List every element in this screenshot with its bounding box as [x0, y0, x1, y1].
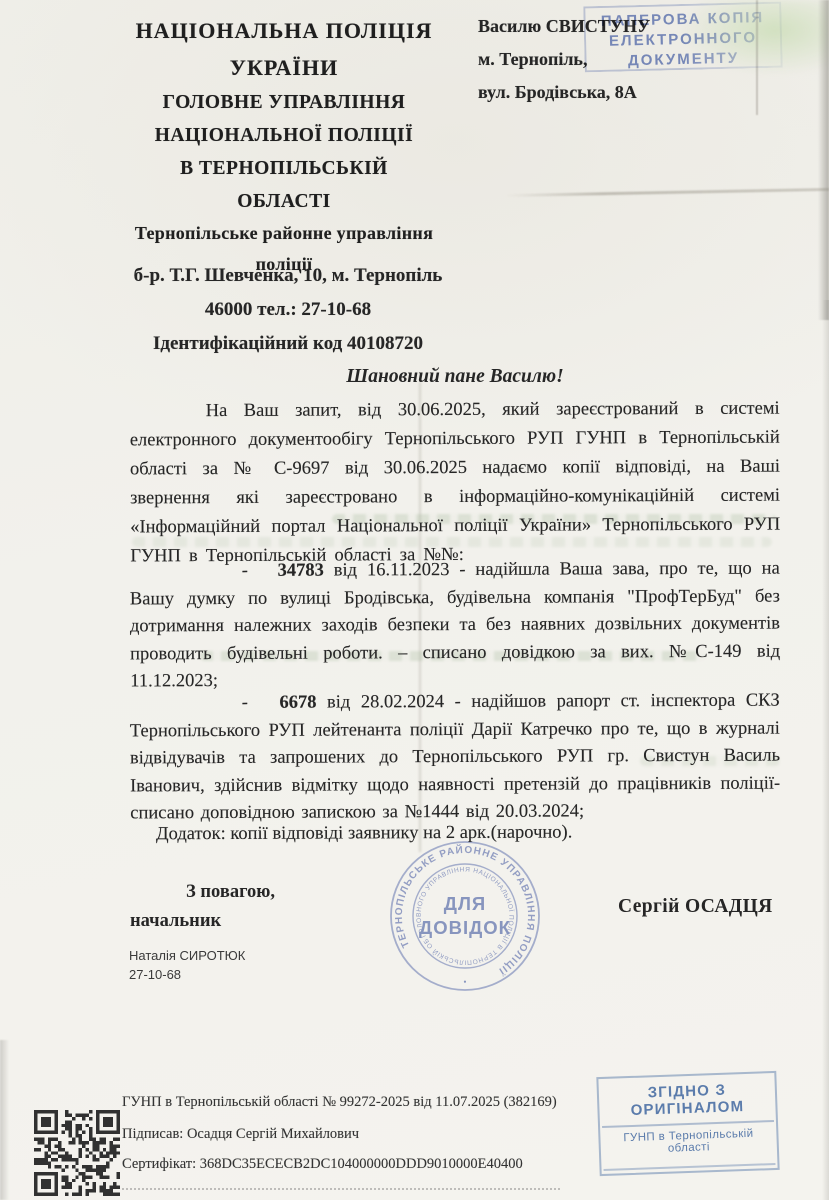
closing-phrase: З повагою, — [186, 882, 275, 903]
certified-stamp-title: ЗГІДНО З ОРИГІНАЛОМ — [598, 1073, 776, 1126]
contact-block: б-р. Т.Г. Шевченка, 10, м. Тернопіль 460… — [118, 259, 458, 361]
scan-edge-shadow-left — [0, 1040, 9, 1200]
seal-bottom-dot: • — [463, 977, 466, 987]
signer-title: начальник — [130, 911, 221, 932]
qr-code — [34, 1110, 120, 1196]
item-prefix: - — [242, 561, 248, 581]
recipient-street: вул. Бродівська, 8А — [478, 76, 650, 109]
seal-center-line1: ДЛЯ — [444, 893, 486, 914]
executor-name: Наталія СИРОТЮК — [129, 948, 245, 963]
org-department-line: Тернопільське районне управління — [118, 218, 450, 249]
executor-phone: 27-10-68 — [129, 967, 181, 982]
org-unit-line: В ТЕРНОПІЛЬСЬКІЙ — [118, 152, 450, 185]
seal-icon: ТЕРНОПІЛЬСЬКЕ РАЙОННЕ УПРАВЛІННЯ ПОЛІЦІЇ… — [386, 837, 544, 995]
footer-signed-by: Підписав: Осадця Сергій Михайлович — [122, 1126, 359, 1143]
contact-phone: 46000 тел.: 27-10-68 — [118, 293, 458, 327]
certified-copy-stamp: ЗГІДНО З ОРИГІНАЛОМ ГУНП в Тернопільські… — [596, 1071, 779, 1176]
item-number: 6678 — [279, 693, 316, 713]
seal-center-line2: ДОВІДОК — [419, 917, 511, 938]
signer-name: Сергій ОСАДЦЯ — [618, 896, 773, 918]
qr-code-icon — [34, 1110, 120, 1196]
certified-stamp-org: ГУНП в Тернопільській області — [600, 1122, 777, 1169]
org-unit-line: НАЦІОНАЛЬНОЇ ПОЛІЦІЇ — [118, 119, 450, 152]
paragraph-1: На Ваш запит, від 30.06.2025, який зареє… — [130, 395, 781, 572]
footer-dotted-line — [122, 1188, 560, 1190]
paper-copy-stamp: ПАПЕРОВА КОПІЯ ЕЛЕКТРОННОГО ДОКУМЕНТУ — [583, 2, 783, 73]
org-unit-line: ОБЛАСТІ — [118, 185, 450, 218]
salutation: Шановний пане Василю! — [130, 366, 780, 388]
org-name-line: УКРАЇНИ — [118, 49, 450, 86]
scan-edge-shadow-right-lower — [822, 300, 829, 1200]
request-item-2: - 6678 від 28.02.2024 - надійшов рапорт … — [130, 688, 781, 828]
org-name-line: НАЦІОНАЛЬНА ПОЛІЦІЯ — [118, 12, 450, 49]
item-number: 34783 — [278, 561, 324, 581]
item-prefix: - — [242, 693, 248, 713]
official-seal-stamp: ТЕРНОПІЛЬСЬКЕ РАЙОННЕ УПРАВЛІННЯ ПОЛІЦІЇ… — [386, 837, 544, 995]
scanned-letter-page: НАЦІОНАЛЬНА ПОЛІЦІЯ УКРАЇНИ ГОЛОВНЕ УПРА… — [0, 0, 829, 1200]
request-item-1: - 34783 від 16.11.2023 - надійшла Ваша з… — [130, 556, 781, 696]
contact-id-code: Ідентифікаційний код 40108720 — [118, 327, 458, 361]
org-unit-line: ГОЛОВНЕ УПРАВЛІННЯ — [118, 86, 450, 119]
item-text: від 28.02.2024 - надійшов рапорт ст. інс… — [130, 691, 780, 824]
contact-address: б-р. Т.Г. Шевченка, 10, м. Тернопіль — [118, 259, 458, 293]
footer-certificate: Сертифікат: 368DC35ECECB2DC104000000DDD9… — [122, 1156, 523, 1173]
footer-registration: ГУНП в Тернопільській області № 99272-20… — [122, 1094, 557, 1111]
paper-crease-horizontal — [505, 188, 829, 197]
scan-edge-shadow-right — [818, 0, 829, 320]
item-text: від 16.11.2023 - надійшла Ваша зава, про… — [130, 559, 780, 692]
letterhead: НАЦІОНАЛЬНА ПОЛІЦІЯ УКРАЇНИ ГОЛОВНЕ УПРА… — [118, 12, 450, 280]
